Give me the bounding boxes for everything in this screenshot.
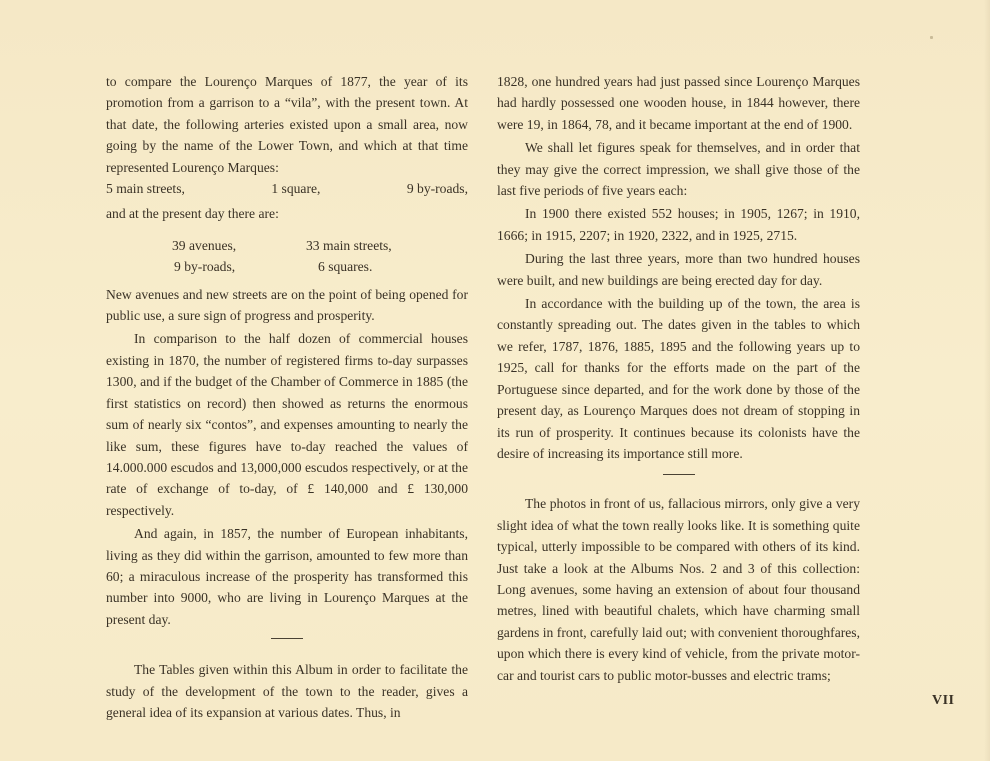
page-edge-shadow: [984, 0, 990, 761]
paragraph: and at the present day there are:: [106, 203, 468, 224]
paragraph: In accordance with the building up of th…: [497, 293, 860, 464]
paragraph: We shall let figures speak for themselve…: [497, 137, 860, 201]
paragraph: to compare the Lourenço Marques of 1877,…: [106, 71, 468, 178]
paragraph: 1828, one hundred years had just passed …: [497, 71, 860, 135]
section-divider: [271, 638, 303, 639]
paragraph: In 1900 there existed 552 houses; in 190…: [497, 203, 860, 246]
right-column: 1828, one hundred years had just passed …: [497, 71, 860, 686]
list-item: 9 by-roads,: [172, 256, 306, 277]
paragraph: The photos in front of us, fallacious mi…: [497, 493, 860, 686]
paragraph: During the last three years, more than t…: [497, 248, 860, 291]
list-item: 1 square,: [271, 178, 320, 199]
paragraph: The Tables given within this Album in or…: [106, 659, 468, 723]
paragraph: In comparison to the half dozen of comme…: [106, 328, 468, 521]
paragraph: New avenues and new streets are on the p…: [106, 284, 468, 327]
section-divider: [663, 474, 695, 475]
paragraph: And again, in 1857, the number of Europe…: [106, 523, 468, 630]
list-item: 9 by-roads,: [407, 178, 468, 199]
list-item: 5 main streets,: [106, 178, 185, 199]
now-streets-list: 39 avenues, 33 main streets, 9 by-roads,…: [172, 235, 468, 278]
paper-speck: [930, 36, 933, 39]
then-streets-list: 5 main streets, 1 square, 9 by-roads,: [106, 178, 468, 199]
list-item: 33 main streets,: [306, 235, 426, 256]
list-item: 6 squares.: [306, 256, 426, 277]
page-number: VII: [932, 693, 955, 709]
left-column: to compare the Lourenço Marques of 1877,…: [106, 71, 468, 723]
list-item: 39 avenues,: [172, 235, 306, 256]
